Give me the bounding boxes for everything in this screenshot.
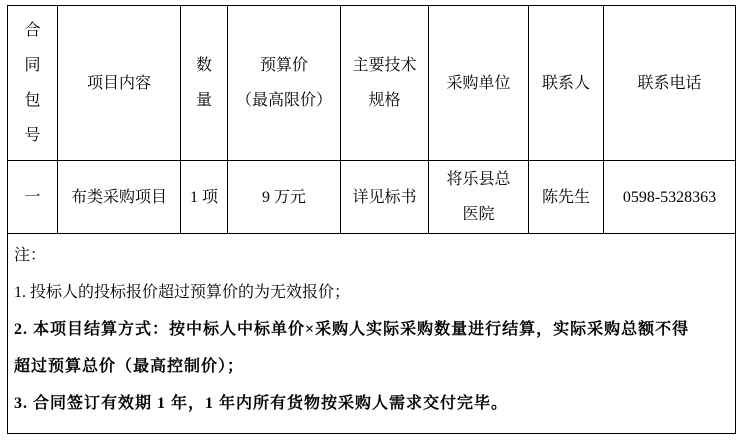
cell-contact-phone: 0598-5328363 (604, 161, 736, 234)
notes-section: 注： 1. 投标人的投标报价超过预算价的为无效报价； 2. 本项目结算方式：按中… (8, 234, 736, 434)
cell-package-no: 一 (8, 161, 58, 234)
header-contract-package-no: 合 同 包 号 (8, 6, 58, 161)
note-item-3: 3. 合同签订有效期 1 年，1 年内所有货物按采购人需求交付完毕。 (14, 385, 725, 422)
header-budget-price: 预算价 （最高限价） (228, 6, 341, 161)
cell-budget-price: 9 万元 (228, 161, 341, 234)
procurement-table: 合 同 包 号 项目内容 数 量 预算价 （最高限价） 主要技术 规格 采购单位… (7, 5, 736, 434)
cell-technical-spec: 详见标书 (341, 161, 429, 234)
header-purchasing-unit: 采购单位 (429, 6, 529, 161)
cell-quantity: 1 项 (181, 161, 228, 234)
header-quantity: 数 量 (181, 6, 228, 161)
header-technical-spec: 主要技术 规格 (341, 6, 429, 161)
header-contact-person: 联系人 (529, 6, 604, 161)
document-page: 合 同 包 号 项目内容 数 量 预算价 （最高限价） 主要技术 规格 采购单位… (0, 0, 750, 442)
note-item-2: 2. 本项目结算方式：按中标人中标单价×采购人实际采购数量进行结算，实际采购总额… (14, 311, 725, 385)
table-row: 一 布类采购项目 1 项 9 万元 详见标书 将乐县总 医院 陈先生 0598-… (8, 161, 736, 234)
cell-project-content: 布类采购项目 (58, 161, 181, 234)
cell-contact-person: 陈先生 (529, 161, 604, 234)
cell-purchasing-unit: 将乐县总 医院 (429, 161, 529, 234)
header-project-content: 项目内容 (58, 6, 181, 161)
notes-row: 注： 1. 投标人的投标报价超过预算价的为无效报价； 2. 本项目结算方式：按中… (8, 234, 736, 434)
note-item-1: 1. 投标人的投标报价超过预算价的为无效报价； (14, 274, 725, 311)
header-contact-phone: 联系电话 (604, 6, 736, 161)
notes-label: 注： (14, 237, 725, 274)
table-header-row: 合 同 包 号 项目内容 数 量 预算价 （最高限价） 主要技术 规格 采购单位… (8, 6, 736, 161)
